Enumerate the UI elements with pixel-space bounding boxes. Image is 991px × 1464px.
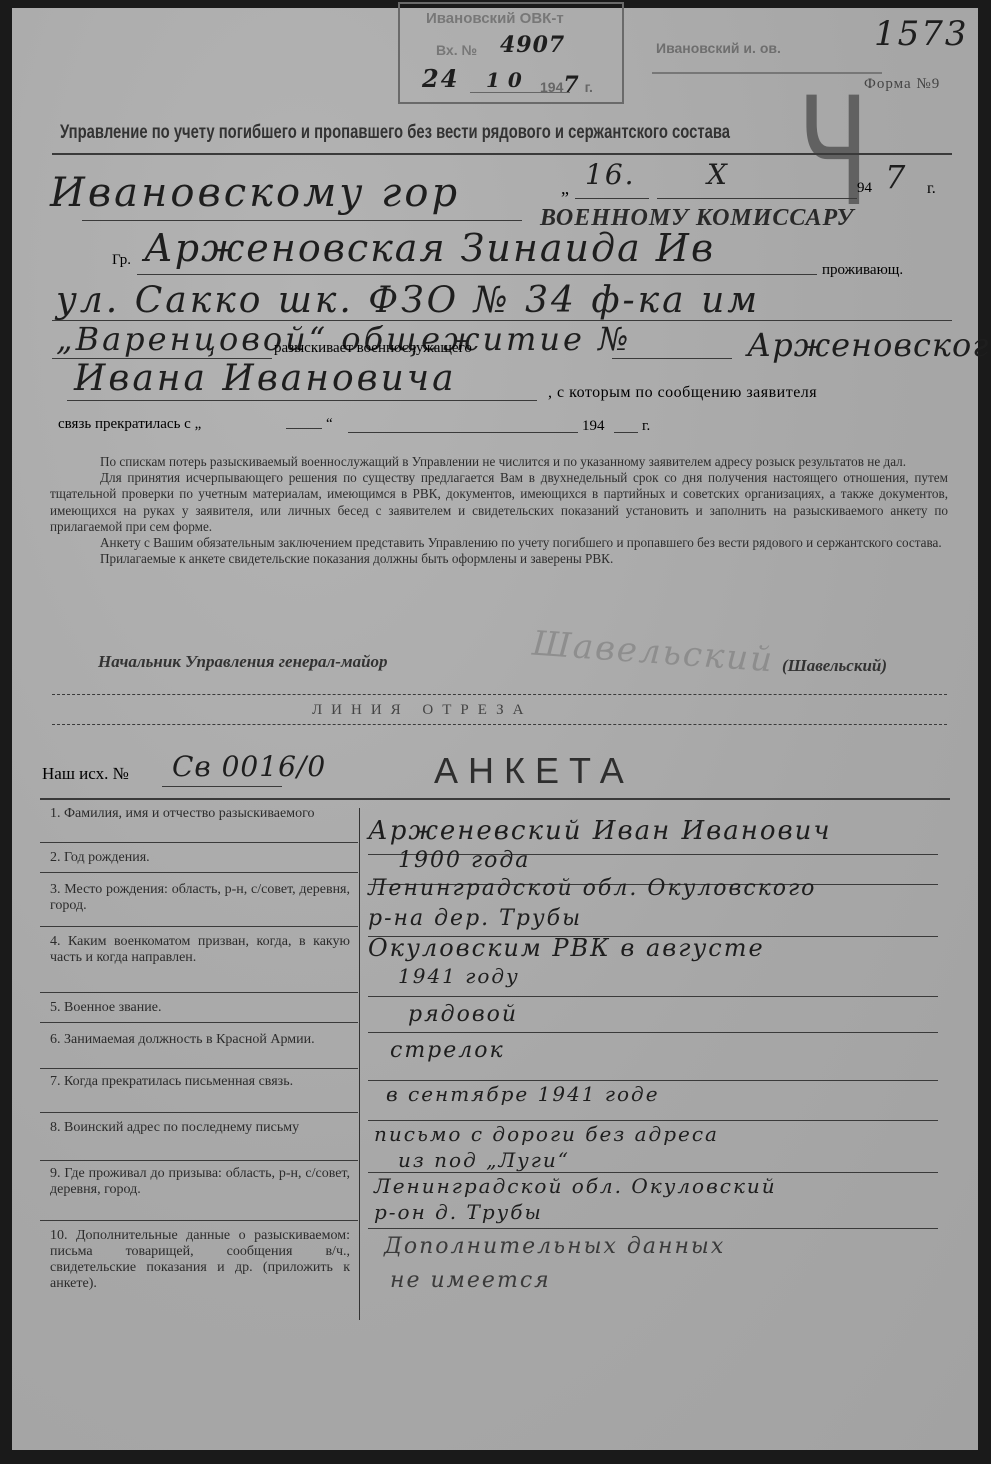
stamp-date-month: 10 (486, 68, 530, 92)
addressee-city: Ивановскому гор (50, 170, 460, 216)
soldier-name: Ивана Ивановича (74, 358, 457, 399)
answer-1-full-name: Арженевский Иван Иванович (368, 816, 832, 846)
questionnaire-title: АНКЕТА (434, 750, 634, 792)
paragraph-witness: Прилагаемые к анкете свидетельские показ… (50, 551, 948, 567)
answer-10-additional-line2: не имеется (390, 1268, 551, 1293)
question-9: 9. Где проживал до призыва: область, р-н… (50, 1166, 350, 1198)
cut-line-top (52, 694, 947, 695)
signature-title: Начальник Управления генерал-майор (98, 652, 388, 672)
question-10: 10. Дополнительные данные о разыскиваемо… (50, 1228, 350, 1292)
answer-4-conscription-line1: Окуловским РВК в августе (368, 934, 765, 962)
stamp-year-hand: 7 (563, 72, 580, 98)
searches-label: разыскивает военнослужащего (274, 340, 472, 357)
question-5: 5. Военное звание. (50, 1000, 350, 1016)
answer-7-last-contact: в сентябре 1941 годе (386, 1082, 660, 1106)
answer-2-birth-year: 1900 года (398, 848, 530, 873)
date-day: 16. (585, 158, 636, 191)
contact-ended-quote: “ (326, 416, 333, 433)
answer-5-rank: рядовой (408, 1002, 518, 1027)
stamp-header: Ивановский ОВК-т (426, 10, 564, 27)
table-column-divider (359, 808, 360, 1320)
contact-year-prefix: 194 (582, 418, 605, 435)
answer-10-additional-line1: Дополнительных данных (384, 1234, 725, 1259)
handwritten-signature: Шавельский (531, 624, 775, 681)
second-stamp-header: Ивановский и. ов. (656, 40, 781, 56)
stamp-in-number: 4907 (500, 32, 565, 58)
question-8: 8. Воинский адрес по последнему письму (50, 1120, 350, 1136)
archival-document-sheet: Ивановский ОВК-т Вх. № 4907 24 10 1947 г… (12, 8, 978, 1450)
incoming-registration-stamp: Ивановский ОВК-т Вх. № 4907 24 10 1947 г… (398, 2, 624, 104)
paragraph-instructions: Для принятия исчерпывающего решения по с… (50, 470, 948, 535)
answer-9-residence-line2: р-он д. Трубы (374, 1200, 543, 1224)
contact-ended-label: связь прекратилась с „ (58, 416, 201, 432)
answer-3-birthplace-line1: Ленинградской обл. Окуловского (368, 876, 816, 901)
date-month: X (707, 158, 729, 191)
archive-page-number: 1573 (874, 14, 969, 54)
soldier-surname: Арженовского (747, 326, 991, 364)
contact-label: , с которым по сообщению заявителя (548, 384, 817, 402)
stamp-date-year: 1947 г. (540, 72, 593, 98)
cut-line-bottom (52, 724, 947, 725)
answer-6-position: стрелок (390, 1038, 505, 1063)
question-2: 2. Год рождения. (50, 850, 350, 866)
applicant-address-line1: ул. Сакко шк. ФЗО № 34 ф-ка им (56, 280, 760, 321)
date-year-hand: 7 (885, 158, 907, 196)
cut-line-label: ЛИНИЯ ОТРЕЗА (312, 702, 532, 719)
signature-name: (Шавельский) (782, 656, 887, 676)
paragraph-submit: Анкету с Вашим обязательным заключением … (50, 535, 948, 551)
body-text: По спискам потерь разыскиваемый военносл… (50, 454, 948, 567)
letter-date: „ 16. X 94 7 г. (557, 158, 957, 202)
question-3: 3. Место рождения: область, р-н, с/совет… (50, 882, 350, 914)
date-year-prefix: 94 (857, 180, 872, 197)
question-4: 4. Каким военкоматом призван, когда, в к… (50, 934, 350, 966)
stamp-date-day: 24 (422, 64, 459, 93)
residing-label: проживающ. (822, 262, 903, 279)
organization-header: Управление по учету погибшего и пропавше… (60, 122, 730, 144)
question-7: 7. Когда прекратилась письменная связь. (50, 1074, 350, 1090)
outgoing-number: Св 0016/0 (172, 750, 326, 783)
paragraph-not-listed: По спискам потерь разыскиваемый военносл… (50, 454, 948, 470)
contact-year-suffix: г. (642, 418, 650, 435)
date-year-suffix: г. (927, 180, 936, 198)
applicant-prefix: Гр. (112, 252, 131, 269)
answer-8-address-line2: из под „Луги“ (398, 1148, 570, 1172)
date-quote: „ (561, 178, 569, 199)
answer-9-residence-line1: Ленинградской обл. Окуловский (374, 1174, 777, 1198)
question-6: 6. Занимаемая должность в Красной Армии. (50, 1032, 350, 1048)
applicant-name: Арженовская Зинаида Ив (144, 226, 715, 270)
stamp-year-prefix: 194 (540, 79, 563, 95)
form-number: Форма №9 (864, 76, 940, 93)
stamp-in-label: Вх. № (436, 42, 477, 58)
outgoing-label: Наш исх. № (42, 764, 129, 784)
question-1: 1. Фамилия, имя и отчество разыскиваемог… (50, 806, 350, 822)
answer-3-birthplace-line2: р-на дер. Трубы (368, 906, 582, 931)
answer-4-conscription-line2: 1941 году (398, 964, 520, 988)
stamp-year-suffix: г. (585, 79, 593, 95)
answer-8-address-line1: письмо с дороги без адреса (374, 1122, 719, 1146)
contact-ended-line: связь прекратилась с „ “ 194 г. (58, 416, 758, 440)
